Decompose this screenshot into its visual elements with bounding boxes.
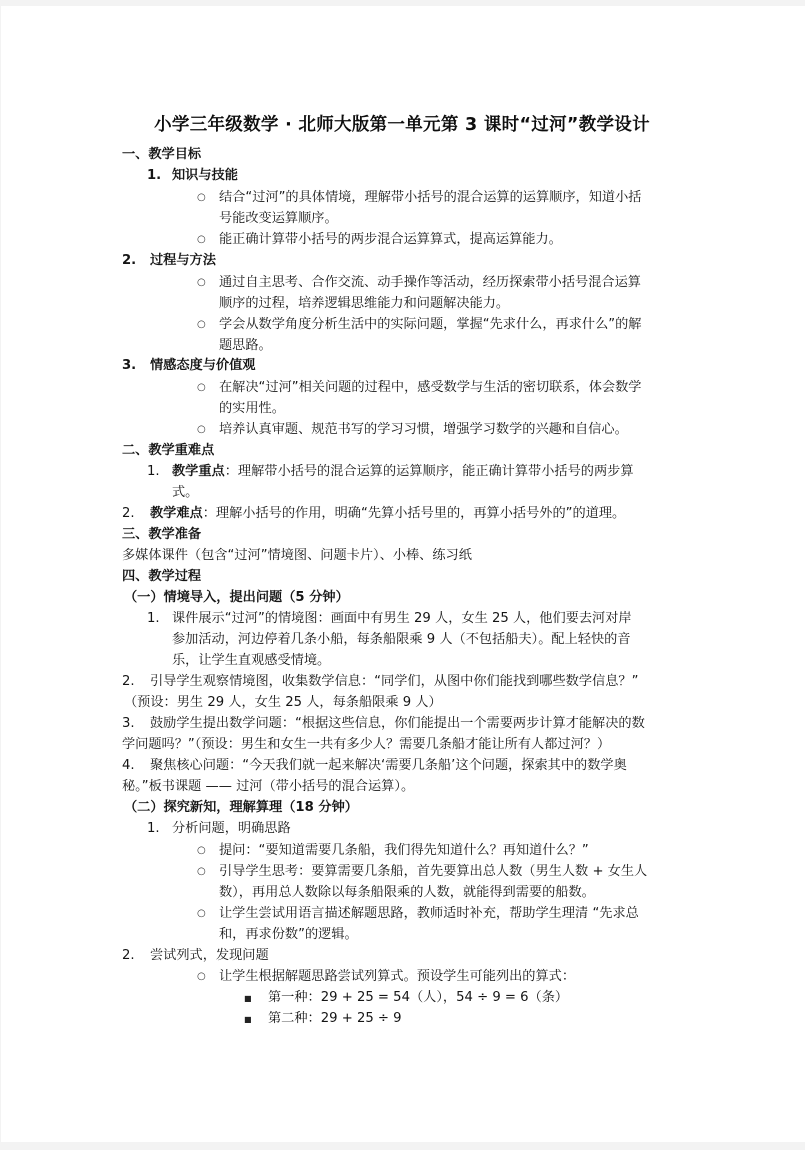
bullet-text: 结合“过河”的具体情境，理解带小括号的混合运算的运算顺序，知道小括: [219, 187, 641, 208]
subheading-attitudes-values: 情感态度与价值观: [150, 355, 256, 376]
key-point-label: 教学重点: [172, 464, 225, 479]
list-number: 2.: [122, 250, 136, 271]
subheading-process-methods: 过程与方法: [150, 250, 216, 271]
list-number: 3.: [122, 713, 135, 734]
bullet-text: 提问：“要知道需要几条船，我们得先知道什么？再知道什么？”: [219, 840, 589, 861]
paragraph-line: 鼓励学生提出数学问题：“根据这些信息，你们能提出一个需要两步计算才能解决的数: [150, 713, 645, 734]
circle-bullet-icon: ○: [197, 229, 206, 250]
bullet-text: 题思路。: [219, 335, 272, 356]
paragraph-line: （预设：男生 29 人，女生 25 人，每条船限乘 9 人）: [124, 692, 442, 713]
list-number: 1.: [147, 608, 160, 629]
part-heading-exploration: （二）探究新知，理解算理（18 分钟）: [124, 797, 358, 818]
list-number: 2.: [122, 945, 135, 966]
subitem-label: 尝试列式，发现问题: [150, 945, 269, 966]
bullet-text: 引导学生思考：要算需要几条船，首先要算出总人数（男生人数 + 女生人: [219, 861, 647, 882]
subheading-knowledge-skills: 知识与技能: [172, 165, 238, 186]
section-heading-process: 四、教学过程: [122, 566, 201, 587]
circle-bullet-icon: ○: [197, 903, 206, 924]
difficulty-text: 教学难点：理解小括号的作用，明确“先算小括号里的，再算小括号外的”的道理。: [150, 503, 625, 524]
list-number: 1.: [147, 461, 160, 482]
list-number: 2.: [122, 671, 135, 692]
list-number: 1.: [147, 165, 161, 186]
bullet-text: 让学生根据解题思路尝试列算式。预设学生可能列出的算式：: [219, 966, 575, 987]
circle-bullet-icon: ○: [197, 272, 206, 293]
bullet-text: 和，再求份数”的逻辑。: [219, 924, 358, 945]
difficulty-label: 教学难点: [150, 506, 203, 521]
list-number: 4.: [122, 755, 135, 776]
bullet-text: 在解决“过河”相关问题的过程中，感受数学与生活的密切联系，体会数学: [219, 377, 641, 398]
bullet-text: 号能改变运算顺序。: [219, 208, 338, 229]
list-number: 3.: [122, 355, 136, 376]
bullet-text: 学会从数学角度分析生活中的实际问题，掌握“先求什么，再求什么”的解: [219, 314, 641, 335]
paragraph-line: 秘。”板书课题 —— 过河（带小括号的混合运算）。: [122, 776, 414, 797]
circle-bullet-icon: ○: [197, 377, 206, 398]
paragraph-line: 学问题吗？”（预设：男生和女生一共有多少人？需要几条船才能让所有人都过河？）: [122, 734, 610, 755]
circle-bullet-icon: ○: [197, 187, 206, 208]
square-bullet-icon: ■: [244, 988, 252, 1009]
bullet-text: 数），再用总人数除以每条船限乘的人数，就能得到需要的船数。: [219, 882, 595, 903]
paragraph-line: 引导学生观察情境图，收集数学信息：“同学们，从图中你们能找到哪些数学信息？”: [150, 671, 638, 692]
paragraph-line: 参加活动，河边停着几条小船，每条船限乘 9 人（不包括船夫）。配上轻快的音: [172, 629, 631, 650]
square-bullet-icon: ■: [244, 1009, 252, 1030]
list-number: 1.: [147, 818, 160, 839]
circle-bullet-icon: ○: [197, 966, 206, 987]
key-point-text: 教学重点：理解带小括号的混合运算的运算顺序，能正确计算带小括号的两步算: [172, 461, 634, 482]
circle-bullet-icon: ○: [197, 419, 206, 440]
formula-text: 第一种：29 + 25 = 54（人），54 ÷ 9 = 6（条）: [268, 987, 568, 1008]
document-title: 小学三年级数学 · 北师大版第一单元第 3 课时“过河”教学设计: [0, 111, 804, 136]
circle-bullet-icon: ○: [197, 314, 206, 335]
paragraph-line: 乐，让学生直观感受情境。: [172, 650, 330, 671]
bullet-text: 培养认真审题、规范书写的学习习惯，增强学习数学的兴趣和自信心。: [219, 419, 628, 440]
paragraph-line: 课件展示“过河”的情境图：画面中有男生 29 人，女生 25 人，他们要去河对岸: [172, 608, 632, 629]
section-heading-preparation: 三、教学准备: [122, 524, 201, 545]
part-heading-introduction: （一）情境导入，提出问题（5 分钟）: [124, 587, 349, 608]
paragraph-line: 聚焦核心问题：“今天我们就一起来解决‘需要几条船’这个问题，探索其中的数学奥: [150, 755, 627, 776]
bullet-text: 的实用性。: [219, 398, 285, 419]
preparation-text: 多媒体课件（包含“过河”情境图、问题卡片）、小棒、练习纸: [122, 545, 472, 566]
list-number: 2.: [122, 503, 135, 524]
section-heading-objectives: 一、教学目标: [122, 144, 201, 165]
circle-bullet-icon: ○: [197, 840, 206, 861]
section-heading-key-points: 二、教学重难点: [122, 440, 214, 461]
bullet-text: 通过自主思考、合作交流、动手操作等活动，经历探索带小括号混合运算: [219, 272, 641, 293]
bullet-text: 让学生尝试用语言描述解题思路，教师适时补充，帮助学生理清 “先求总: [219, 903, 639, 924]
bullet-text: 能正确计算带小括号的两步混合运算算式，提高运算能力。: [219, 229, 562, 250]
key-point-text: 式。: [172, 482, 198, 503]
subitem-label: 分析问题，明确思路: [172, 818, 291, 839]
formula-text: 第二种：29 + 25 ÷ 9: [268, 1008, 402, 1029]
circle-bullet-icon: ○: [197, 861, 206, 882]
bullet-text: 顺序的过程，培养逻辑思维能力和问题解决能力。: [219, 293, 509, 314]
